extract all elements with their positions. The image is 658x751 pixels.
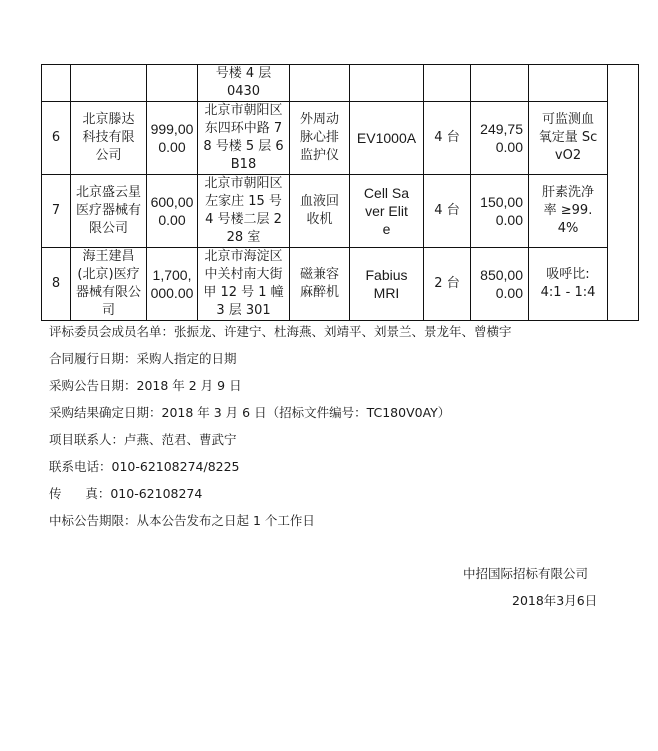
cell-no: 8 xyxy=(42,248,71,321)
fax-number: 传 真：010-62108274 xyxy=(49,484,202,502)
cell-model: Cell Saver Elite xyxy=(350,175,424,248)
cell-spec: 吸呼比: 4:1 - 1:4 xyxy=(529,248,608,321)
cell-product: 磁兼容麻醉机 xyxy=(290,248,350,321)
cell-address: 号楼 4 层 0430 xyxy=(198,65,290,102)
cell-qty: 4 台 xyxy=(424,175,471,248)
cell-product: 血液回收机 xyxy=(290,175,350,248)
cell-amount: 600,000.00 xyxy=(147,175,198,248)
cell-address: 北京市朝阳区东四环中路 78 号楼 5 层 6B18 xyxy=(198,102,290,175)
cell-no: 6 xyxy=(42,102,71,175)
bid-results-table: 号楼 4 层 0430 6 北京滕达科技有限公司 999,000.00 北京市朝… xyxy=(41,64,639,321)
announcement-period: 中标公告期限：从本公告发布之日起 1 个工作日 xyxy=(49,511,315,529)
cell-company: 海王建昌(北京)医疗器械有限公司 xyxy=(71,248,147,321)
cell-price: 150,000.00 xyxy=(471,175,529,248)
cell-company: 北京盛云星医疗器械有限公司 xyxy=(71,175,147,248)
cell-spec: 肝素洗净率 ≥99.4% xyxy=(529,175,608,248)
project-contacts: 项目联系人：卢燕、范君、曹武宁 xyxy=(49,430,237,448)
cell-spec xyxy=(529,65,608,102)
signature-date: 2018年3月6日 xyxy=(512,591,597,609)
cell-model: Fabius MRI xyxy=(350,248,424,321)
cell-no: 7 xyxy=(42,175,71,248)
result-date: 采购结果确定日期：2018 年 3 月 6 日（招标文件编号：TC180V0AY… xyxy=(49,403,450,421)
cell-price: 249,750.00 xyxy=(471,102,529,175)
cell-product xyxy=(290,65,350,102)
table-row: 7 北京盛云星医疗器械有限公司 600,000.00 北京市朝阳区左家庄 15 … xyxy=(42,175,639,248)
committee-members: 评标委员会成员名单：张振龙、许建宁、杜海燕、刘靖平、刘景兰、景龙年、曾横宇 xyxy=(49,322,512,340)
cell-qty xyxy=(424,65,471,102)
signature-company: 中招国际招标有限公司 xyxy=(463,564,588,582)
cell-company xyxy=(71,65,147,102)
cell-address: 北京市朝阳区左家庄 15 号 4 号楼二层 228 室 xyxy=(198,175,290,248)
cell-price xyxy=(471,65,529,102)
table-row: 6 北京滕达科技有限公司 999,000.00 北京市朝阳区东四环中路 78 号… xyxy=(42,102,639,175)
cell-no xyxy=(42,65,71,102)
cell-product: 外周动脉心排监护仪 xyxy=(290,102,350,175)
cell-company: 北京滕达科技有限公司 xyxy=(71,102,147,175)
cell-amount: 1,700,000.00 xyxy=(147,248,198,321)
contract-date: 合同履行日期：采购人指定的日期 xyxy=(49,349,237,367)
cell-qty: 4 台 xyxy=(424,102,471,175)
cell-amount: 999,000.00 xyxy=(147,102,198,175)
cell-price: 850,000.00 xyxy=(471,248,529,321)
cell-address: 北京市海淀区中关村南大街甲 12 号 1 幢 3 层 301 xyxy=(198,248,290,321)
cell-model: EV1000A xyxy=(350,102,424,175)
table-row: 8 海王建昌(北京)医疗器械有限公司 1,700,000.00 北京市海淀区中关… xyxy=(42,248,639,321)
cell-spec: 可监测血氧定量 ScvO2 xyxy=(529,102,608,175)
table-row: 号楼 4 层 0430 xyxy=(42,65,639,102)
cell-extra-column xyxy=(608,65,639,321)
cell-qty: 2 台 xyxy=(424,248,471,321)
announcement-date: 采购公告日期：2018 年 2 月 9 日 xyxy=(49,376,242,394)
cell-amount xyxy=(147,65,198,102)
contact-phone: 联系电话：010-62108274/8225 xyxy=(49,457,240,475)
cell-model xyxy=(350,65,424,102)
